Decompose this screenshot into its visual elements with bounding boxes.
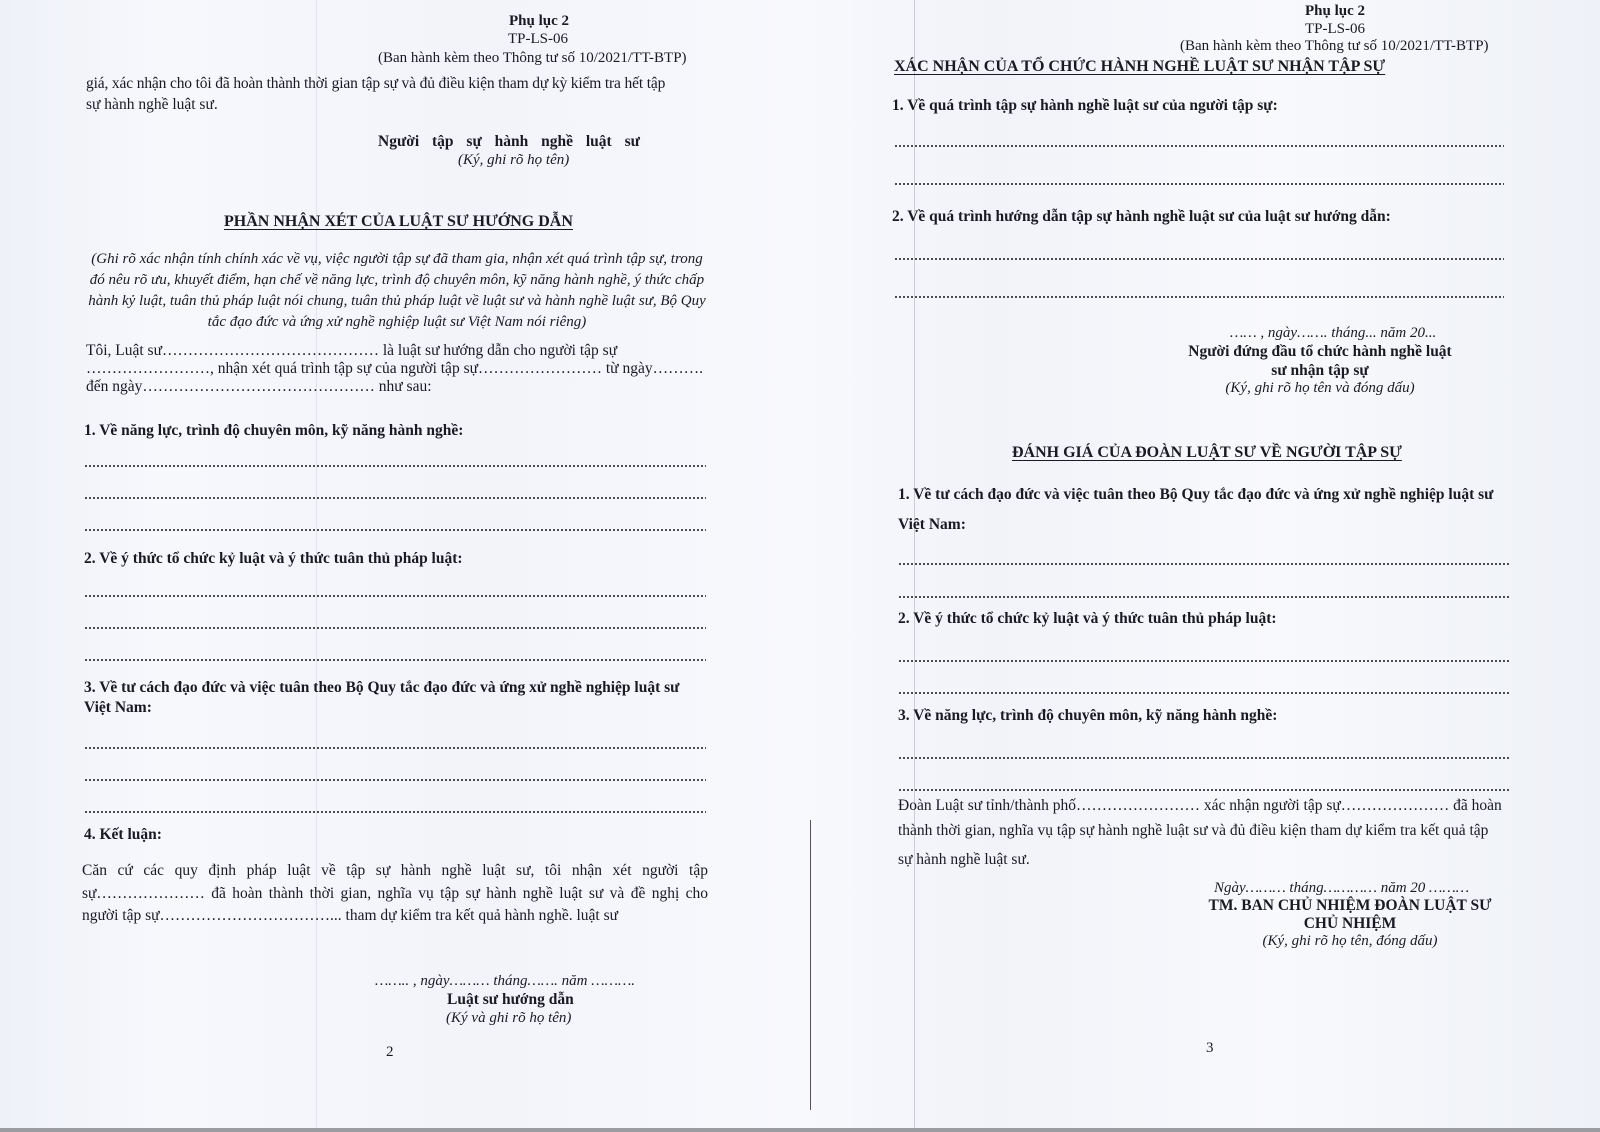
question-competence: 1. Về năng lực, trình độ chuyên môn, kỹ … [84, 422, 463, 440]
issuance-note: (Ban hành kèm theo Thông tư số 10/2021/T… [1180, 38, 1489, 55]
firm-signer-title-line-2: sư nhận tập sự [1180, 362, 1460, 380]
answer-line[interactable] [84, 659, 706, 661]
conclusion-line-3: người tập sự……………………………... tham dự kiểm … [82, 907, 618, 925]
answer-line[interactable] [84, 779, 706, 781]
answer-line[interactable] [84, 497, 706, 499]
question-ethics-line-1: 3. Về tư cách đạo đức và việc tuân theo … [84, 679, 679, 697]
firm-date-line: …… , ngày……. tháng... năm 20... [1230, 325, 1436, 342]
supervisor-signer-note: (Ký và ghi rõ họ tên) [446, 1010, 571, 1027]
answer-line[interactable] [898, 660, 1510, 662]
conclusion-line-1: Căn cứ các quy định pháp luật về tập sự … [82, 862, 708, 880]
form-code: TP-LS-06 [1305, 21, 1365, 38]
answer-line[interactable] [84, 595, 706, 597]
supervisor-intro-line-1: Tôi, Luật sư…………………………………… là luật sư hư… [86, 342, 617, 360]
answer-line[interactable] [894, 183, 1504, 185]
supervisor-date-line: …….. , ngày……… tháng……. năm ………. [375, 973, 635, 990]
bar-confirmation-line-2: thành thời gian, nghĩa vụ tập sự hành ng… [898, 822, 1488, 840]
answer-line[interactable] [898, 757, 1510, 759]
answer-line[interactable] [898, 563, 1510, 565]
answer-line[interactable] [84, 747, 706, 749]
question-supervision-process: 2. Về quá trình hướng dẫn tập sự hành ng… [892, 208, 1391, 226]
supervisor-signer-title: Luật sư hướng dẫn [447, 991, 574, 1009]
appendix-title: Phụ lục 2 [509, 13, 569, 30]
firm-signer-note: (Ký, ghi rõ họ tên và đóng dấu) [1180, 380, 1460, 397]
firm-confirmation-section-title: XÁC NHẬN CỦA TỔ CHỨC HÀNH NGHỀ LUẬT SƯ N… [894, 58, 1385, 76]
bar-confirmation-line-1: Đoàn Luật sư tỉnh/thành phố…………………… xác … [898, 797, 1502, 815]
question-competence: 3. Về năng lực, trình độ chuyên môn, kỹ … [898, 707, 1277, 725]
answer-line[interactable] [898, 789, 1510, 791]
question-ethics-line-2: Việt Nam: [84, 699, 152, 717]
answer-line[interactable] [84, 811, 706, 813]
answer-line[interactable] [894, 145, 1504, 147]
supervisor-intro-line-2: ……………………, nhận xét quá trình tập sự của … [86, 360, 703, 378]
supervisor-review-section-title: PHẦN NHẬN XÉT CỦA LUẬT SƯ HƯỚNG DẪN [224, 213, 573, 231]
question-ethics-line-1: 1. Về tư cách đạo đức và việc tuân theo … [898, 486, 1493, 504]
carryover-text-line-2: sự hành nghề luật sư. [86, 96, 218, 114]
question-discipline: 2. Về ý thức tổ chức kỷ luật và ý thức t… [898, 610, 1277, 628]
bar-signer-title-line-2: CHỦ NHIỆM [1170, 915, 1530, 933]
answer-line[interactable] [898, 692, 1510, 694]
answer-line[interactable] [84, 465, 706, 467]
trainee-signature-note: (Ký, ghi rõ họ tên) [458, 152, 569, 169]
page-number: 3 [1206, 1040, 1214, 1057]
answer-line[interactable] [894, 258, 1504, 260]
issuance-note: (Ban hành kèm theo Thông tư số 10/2021/T… [378, 50, 687, 67]
answer-line[interactable] [894, 296, 1504, 298]
question-discipline: 2. Về ý thức tổ chức kỷ luật và ý thức t… [84, 550, 463, 568]
question-ethics-line-2: Việt Nam: [898, 516, 966, 534]
bar-date-line: Ngày……… tháng………… năm 20 ……… [1214, 880, 1469, 897]
appendix-title: Phụ lục 2 [1305, 3, 1365, 20]
answer-line[interactable] [84, 627, 706, 629]
firm-signer-title-line-1: Người đứng đầu tổ chức hành nghề luật [1180, 343, 1460, 361]
supervisor-intro-line-3: đến ngày……………………………………… như sau: [86, 378, 432, 396]
bar-assessment-section-title: ĐÁNH GIÁ CỦA ĐOÀN LUẬT SƯ VỀ NGƯỜI TẬP S… [1012, 444, 1402, 462]
question-trainee-process: 1. Về quá trình tập sự hành nghề luật sư… [892, 97, 1278, 115]
answer-line[interactable] [898, 596, 1510, 598]
form-code: TP-LS-06 [508, 31, 568, 48]
page-fold-line [810, 820, 811, 1110]
bar-signer-title-line-1: TM. BAN CHỦ NHIỆM ĐOÀN LUẬT SƯ [1170, 897, 1530, 915]
carryover-text-line-1: giá, xác nhận cho tôi đã hoàn thành thời… [86, 75, 665, 93]
bar-signer-note: (Ký, ghi rõ họ tên, đóng dấu) [1170, 933, 1530, 950]
trainee-signature-title: Người tập sự hành nghề luật sư [378, 133, 640, 151]
bar-confirmation-line-3: sự hành nghề luật sư. [898, 851, 1030, 869]
page-number: 2 [386, 1044, 394, 1061]
conclusion-heading: 4. Kết luận: [84, 826, 162, 844]
answer-line[interactable] [84, 529, 706, 531]
bottom-border [0, 1128, 1600, 1132]
supervisor-review-instructions: (Ghi rõ xác nhận tính chính xác về vụ, v… [82, 249, 712, 333]
conclusion-line-2: sự………………… đã hoàn thành thời gian, nghĩa… [82, 885, 708, 903]
